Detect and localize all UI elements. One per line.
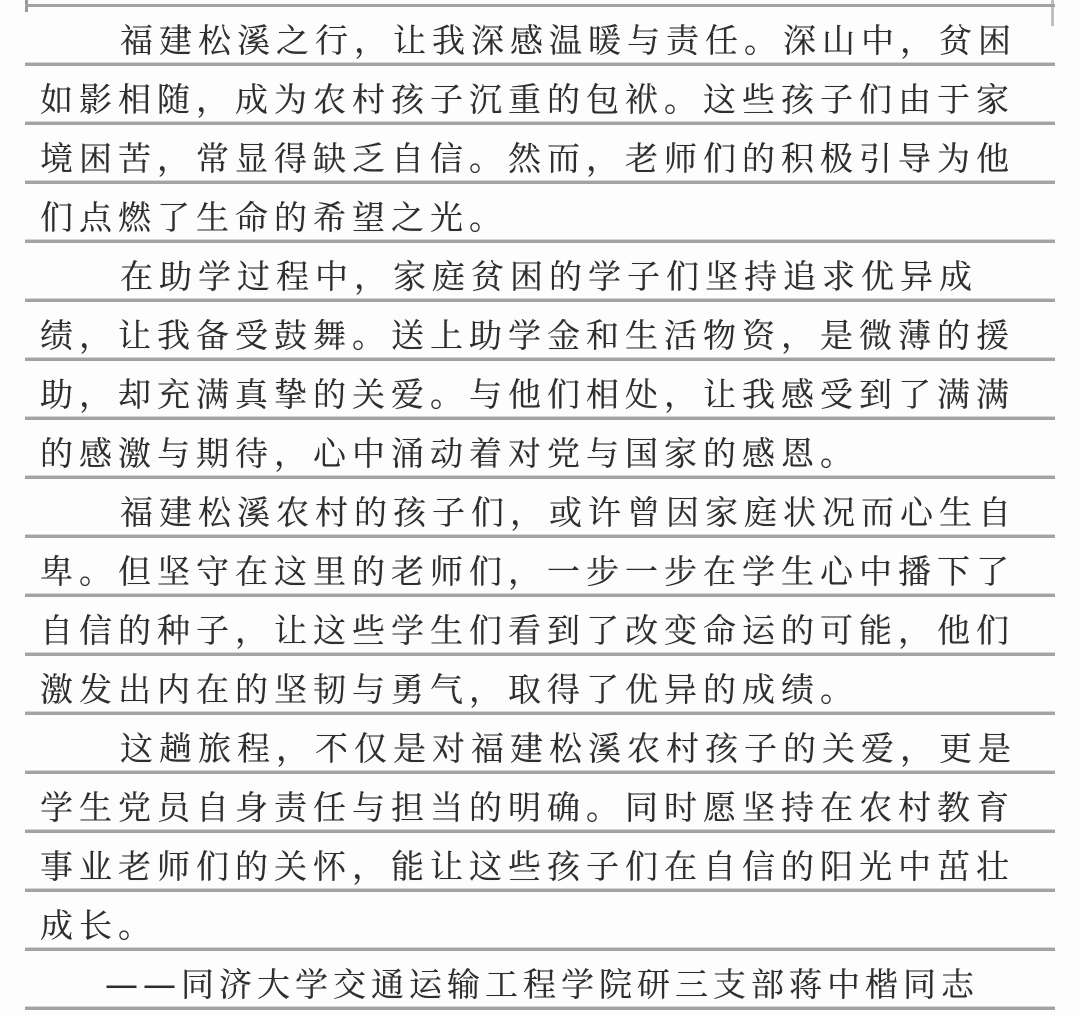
text-line: 福建松溪农村的孩子们，或许曾因家庭状况而心生自: [25, 479, 1055, 538]
handwritten-text: 福建松溪之行，让我深感温暖与责任。深山中，贫困: [120, 24, 1017, 59]
handwritten-text: 激发出内在的坚韧与勇气，取得了优异的成绩。: [40, 673, 859, 708]
text-line: 境困苦，常显得缺乏自信。然而，老师们的积极引导为他: [25, 125, 1055, 184]
ruled-lines-area: 福建松溪之行，让我深感温暖与责任。深山中，贫困 如影相随，成为农村孩子沉重的包袱…: [25, 4, 1055, 1010]
handwritten-attribution: ——同济大学交通运输工程学院研三支部蒋中楷同志: [105, 968, 979, 1003]
handwritten-text: 这趟旅程，不仅是对福建松溪农村孩子的关爱，更是: [120, 732, 1017, 767]
text-line: 这趟旅程，不仅是对福建松溪农村孩子的关爱，更是: [25, 715, 1055, 774]
handwritten-text: 自信的种子，让这些学生们看到了改变命运的可能，他们: [40, 614, 1015, 649]
handwritten-text: 卑。但坚守在这里的老师们，一步一步在学生心中播下了: [40, 555, 1015, 590]
text-line: 的感激与期待，心中涌动着对党与国家的感恩。: [25, 420, 1055, 479]
handwritten-text: 在助学过程中，家庭贫困的学子们坚持追求优异成: [120, 260, 978, 295]
handwritten-text: 助，却充满真挚的关爱。与他们相处，让我感受到了满满: [40, 378, 1015, 413]
handwritten-text: 成长。: [40, 909, 157, 944]
text-line: 自信的种子，让这些学生们看到了改变命运的可能，他们: [25, 597, 1055, 656]
handwritten-text: 事业老师们的关怀，能让这些孩子们在自信的阳光中茁壮: [40, 850, 1015, 885]
handwritten-text: 们点燃了生命的希望之光。: [40, 201, 508, 236]
text-line: 事业老师们的关怀，能让这些孩子们在自信的阳光中茁壮: [25, 833, 1055, 892]
text-line: 成长。: [25, 892, 1055, 951]
text-line: 卑。但坚守在这里的老师们，一步一步在学生心中播下了: [25, 538, 1055, 597]
handwritten-text: 绩，让我备受鼓舞。送上助学金和生活物资，是微薄的援: [40, 319, 1015, 354]
text-line: 绩，让我备受鼓舞。送上助学金和生活物资，是微薄的援: [25, 302, 1055, 361]
text-line: 学生党员自身责任与担当的明确。同时愿坚持在农村教育: [25, 774, 1055, 833]
text-line: 助，却充满真挚的关爱。与他们相处，让我感受到了满满: [25, 361, 1055, 420]
signature-line: ——同济大学交通运输工程学院研三支部蒋中楷同志: [25, 951, 1055, 1010]
text-line: 激发出内在的坚韧与勇气，取得了优异的成绩。: [25, 656, 1055, 715]
handwritten-text: 学生党员自身责任与担当的明确。同时愿坚持在农村教育: [40, 791, 1015, 826]
handwritten-text: 如影相随，成为农村孩子沉重的包袱。这些孩子们由于家: [40, 83, 1015, 118]
text-line: 福建松溪之行，让我深感温暖与责任。深山中，贫困: [25, 7, 1055, 66]
handwritten-text: 境困苦，常显得缺乏自信。然而，老师们的积极引导为他: [40, 142, 1015, 177]
handwritten-text: 福建松溪农村的孩子们，或许曾因家庭状况而心生自: [120, 496, 1017, 531]
notebook-page: 福建松溪之行，让我深感温暖与责任。深山中，贫困 如影相随，成为农村孩子沉重的包袱…: [0, 0, 1080, 1015]
text-line: 如影相随，成为农村孩子沉重的包袱。这些孩子们由于家: [25, 66, 1055, 125]
text-line: 在助学过程中，家庭贫困的学子们坚持追求优异成: [25, 243, 1055, 302]
handwritten-text: 的感激与期待，心中涌动着对党与国家的感恩。: [40, 437, 859, 472]
text-line: 们点燃了生命的希望之光。: [25, 184, 1055, 243]
